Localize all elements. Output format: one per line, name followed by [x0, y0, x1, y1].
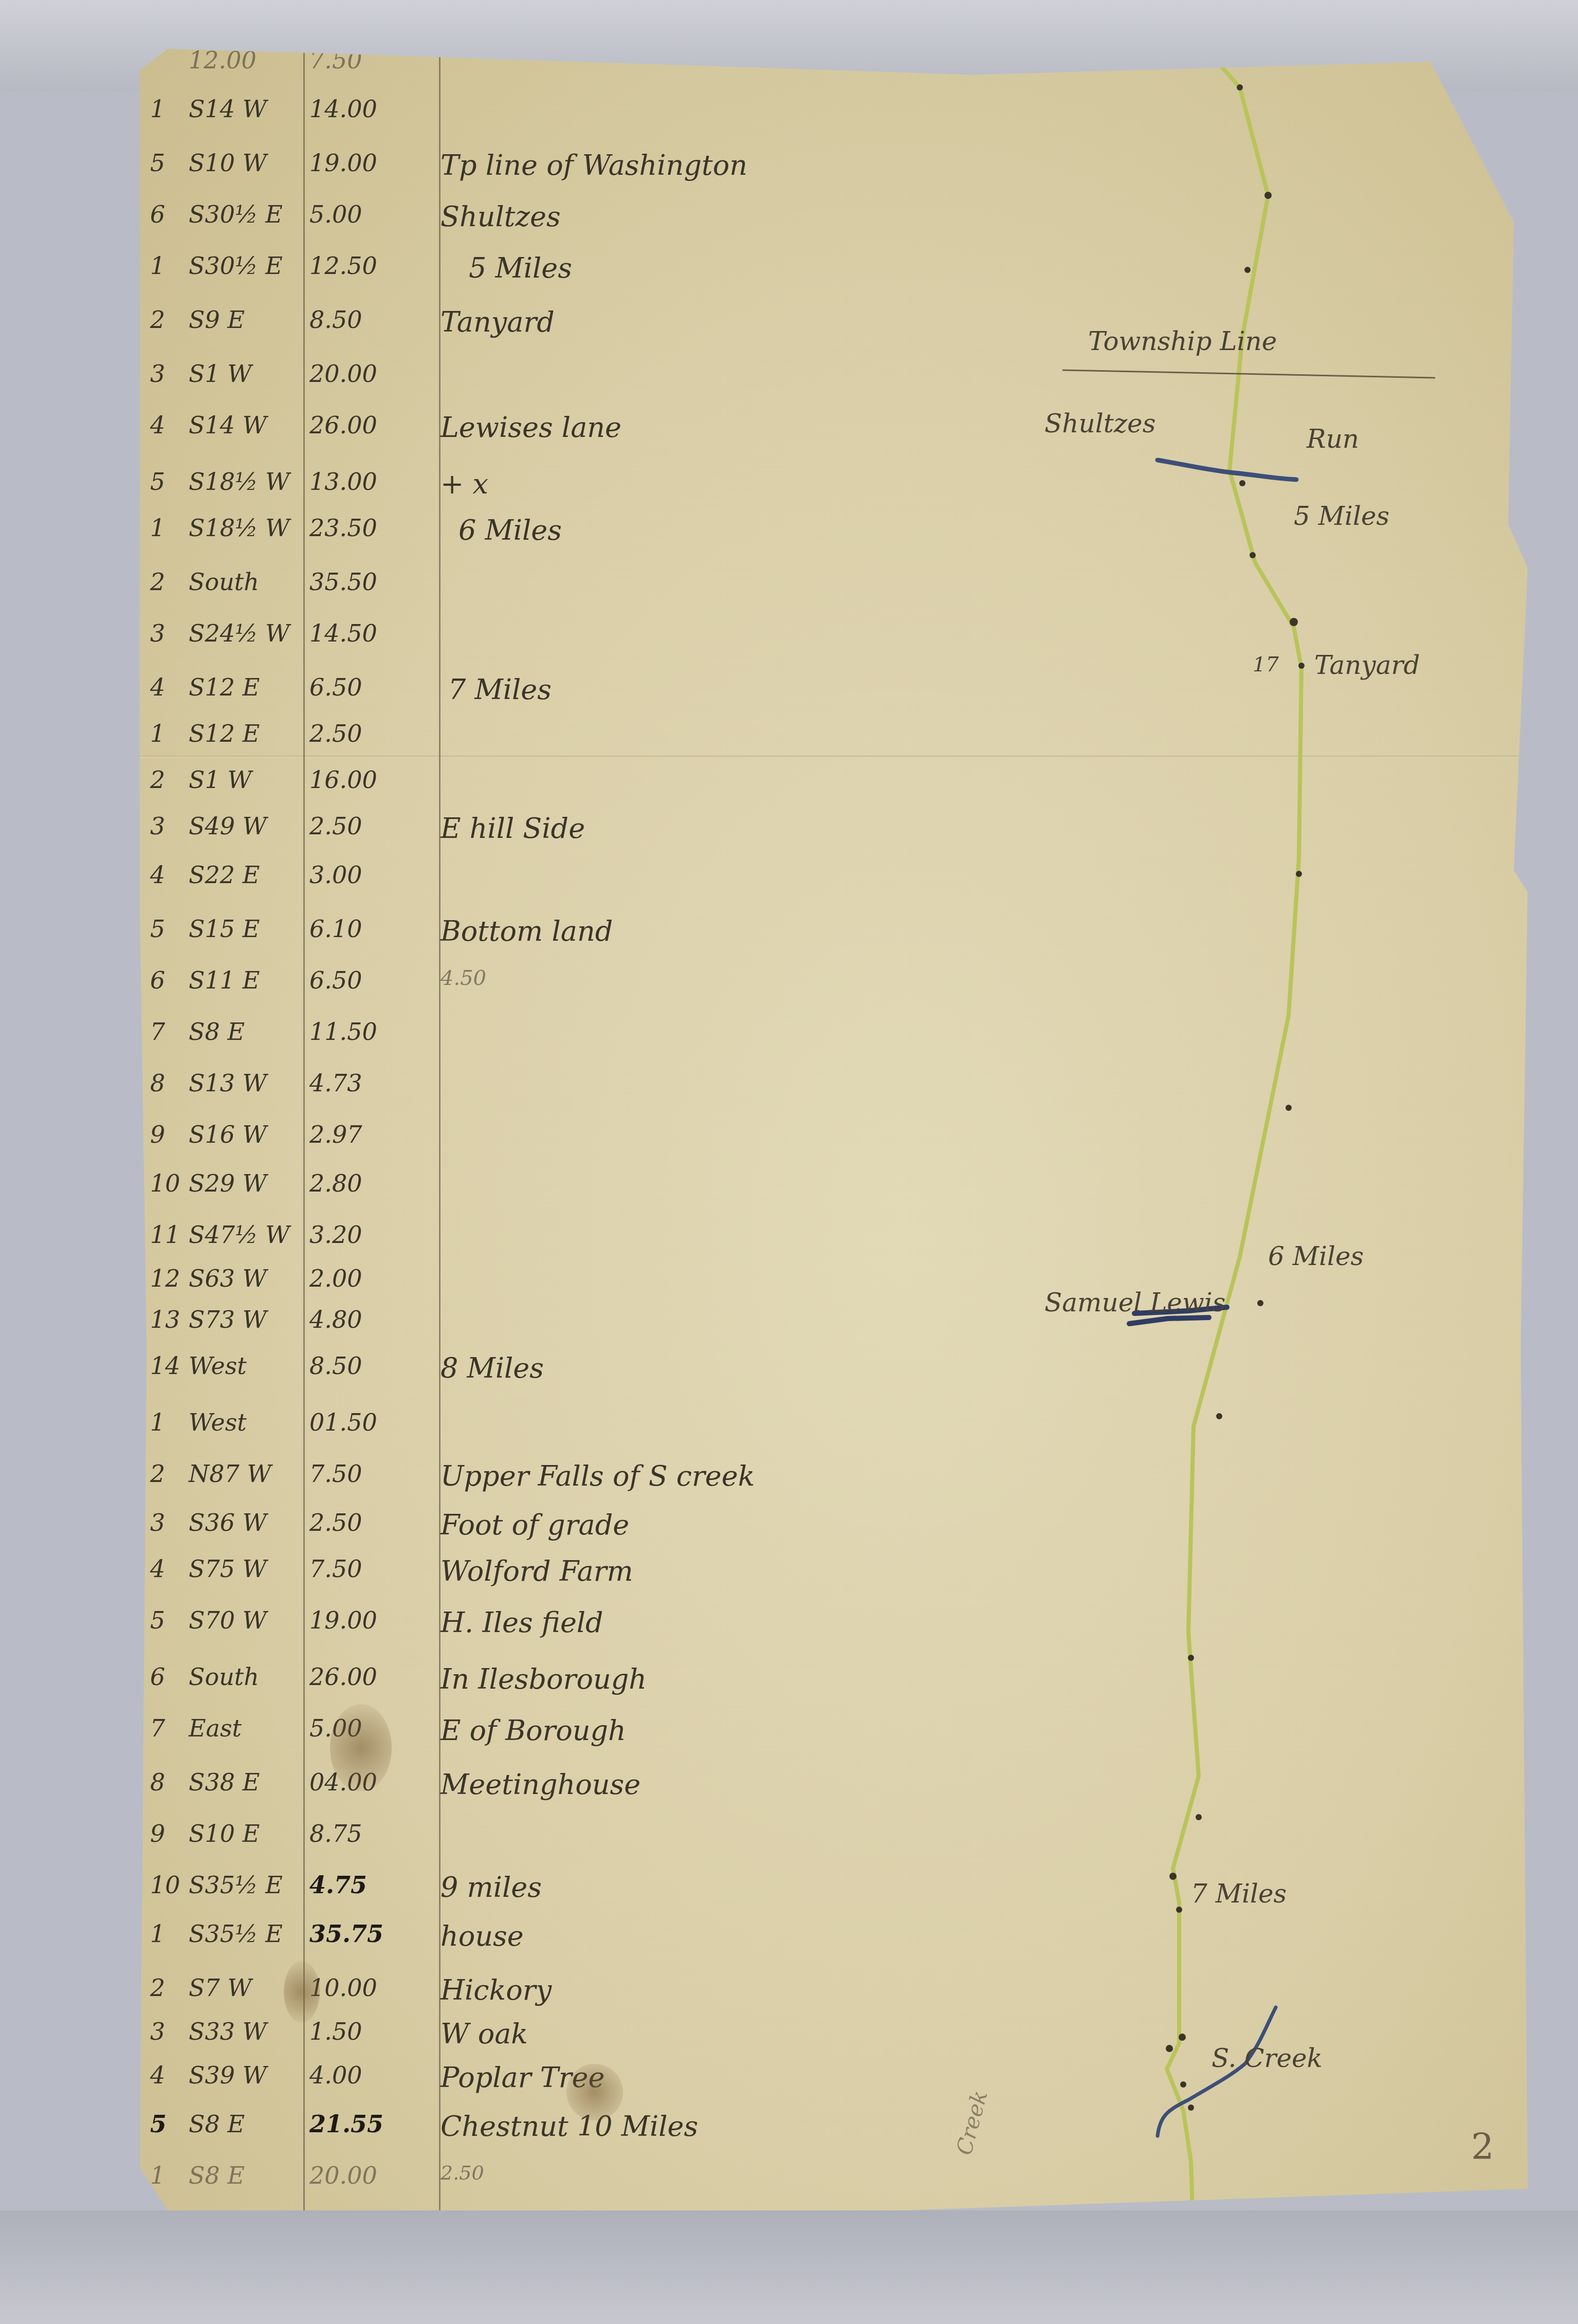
route-sketch	[140, 49, 1528, 2210]
s-creek-label: S. Creek	[1212, 2043, 1323, 2073]
samuel-lewis-label: Samuel Lewis	[1044, 1288, 1225, 1317]
station-dots	[1166, 84, 1305, 2111]
shultzes-label: Shultzes	[1044, 409, 1155, 438]
seven-miles-label: 7 Miles	[1191, 1879, 1287, 1909]
township-line-label: Township Line	[1088, 326, 1277, 356]
six-miles-label: 6 Miles	[1268, 1241, 1364, 1271]
tanyard-mark: 17	[1253, 653, 1279, 676]
document-page: 12.00 7.50 1S14 W14.00 5S10 W19.00Tp lin…	[140, 49, 1528, 2210]
page-number: 2	[1471, 2126, 1494, 2168]
run-label: Run	[1307, 424, 1359, 454]
five-miles-label: 5 Miles	[1294, 501, 1389, 531]
backdrop-bottom	[0, 2210, 1578, 2324]
tanyard-label: Tanyard	[1314, 650, 1420, 680]
